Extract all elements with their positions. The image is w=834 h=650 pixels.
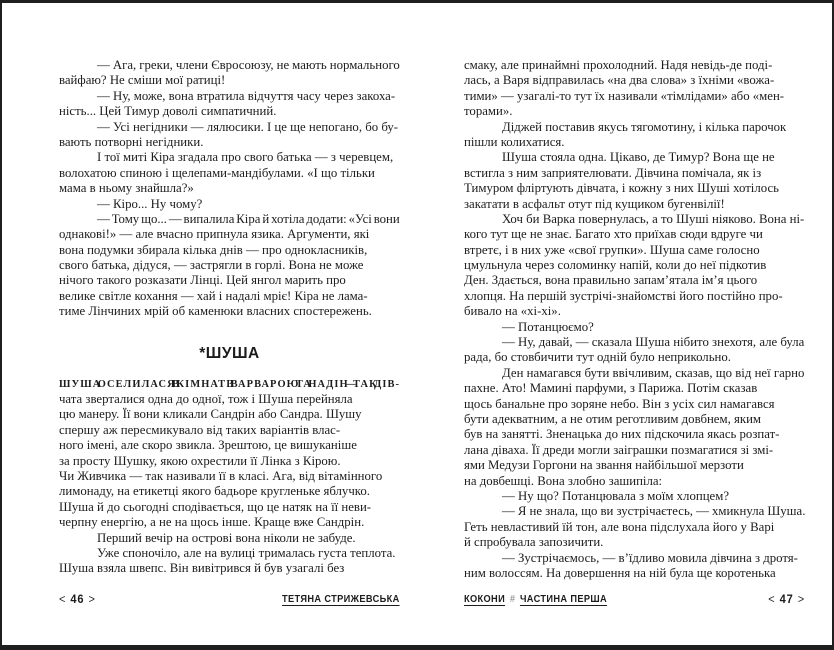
text-line: велике світле кохання — хай і надалі мрі… (59, 289, 400, 304)
text-line: Перший вечір на острові вона ніколи не з… (59, 531, 400, 546)
text-line: тиме Лінчиних мрій об каменюки власних с… (59, 304, 400, 319)
paragraph: — Потанцюємо? (464, 320, 805, 335)
text-line: цю манеру. Її вони кликали Сандрін або С… (59, 407, 400, 422)
text-line: вайфаю? Не сміши мої ратиці! (59, 73, 400, 88)
page-left-footer: < 46 > ТЕТЯНА СТРИЖЕВСЬКА (59, 590, 400, 608)
text-line: на довбешці. Вона злобно зашипіла: (464, 474, 805, 489)
right-page-number: < 47 > (768, 592, 805, 606)
paragraph: — Ага, греки, члени Євросоюзу, не мають … (59, 58, 400, 89)
text-line: бивало на «хі-хі». (464, 304, 805, 319)
text-line: Шуша й до сьогодні сподівається, що це н… (59, 500, 400, 515)
text-line: Чи Живчика — так називали її в класі. Аг… (59, 469, 400, 484)
chapter-heading: *ШУША (59, 345, 400, 362)
book-spread: — Ага, греки, члени Євросоюзу, не мають … (0, 0, 834, 650)
hash-separator: # (508, 593, 517, 605)
text-line: щось банальне про зоряне небо. Він з усі… (464, 397, 805, 412)
text-line: — Я не знала, що ви зустрічаєтесь, — хми… (464, 504, 805, 519)
paragraph: Уже споночіло, але на вулиці трималась г… (59, 546, 400, 577)
text-line: лимонаду, на етикетці якого бадьоре круг… (59, 484, 400, 499)
page-number-open-bracket: < (768, 592, 775, 606)
paragraph: ШУША ОСЕЛИЛАСЯ В КІМНАТІ З ВАРВАРОЮ ТА Н… (59, 377, 400, 531)
left-page-number: < 46 > (59, 592, 96, 606)
page-right-text-column: смаку, але принаймні прохолодний. Надя н… (464, 58, 805, 581)
text-line: спершу аж пересмикувало від таких варіан… (59, 423, 400, 438)
paragraph: — Кіро... Ну чому? (59, 197, 400, 212)
paragraph: Шуша стояла одна. Цікаво, де Тимур? Вона… (464, 150, 805, 212)
author-running-title: ТЕТЯНА СТРИЖЕВСЬКА (282, 593, 400, 605)
book-title: КОКОНИ (464, 593, 505, 605)
text-line: Шуша стояла одна. Цікаво, де Тимур? Вона… (464, 150, 805, 165)
text-line: — Тому що... — випалила Кіра й хотіла до… (59, 212, 400, 227)
paragraph: Ден намагався бути ввічливим, сказав, що… (464, 366, 805, 489)
page-number-close-bracket: > (88, 592, 95, 606)
paragraph: — Ну, давай, — сказала Шуша нібито знехо… (464, 335, 805, 366)
right-page-section-1: смаку, але принаймні прохолодний. Надя н… (464, 58, 805, 581)
paragraph: — Ну, може, вона втратила відчуття часу … (59, 89, 400, 120)
text-line: рада, бо стовбичити тут одній було непри… (464, 350, 805, 365)
paragraph: — Я не знала, що ви зустрічаєтесь, — хми… (464, 504, 805, 550)
text-line: був на занятті. Зненацька до них підскоч… (464, 427, 805, 442)
text-line: встигла з ним заприятелювати. Дівчина по… (464, 166, 805, 181)
paragraph: Перший вечір на острові вона ніколи не з… (59, 531, 400, 546)
text-line: пішли колихатися. (464, 135, 805, 150)
paragraph: смаку, але принаймні прохолодний. Надя н… (464, 58, 805, 120)
text-line: й спробувала запозичити. (464, 535, 805, 550)
text-line: — Ну, може, вона втратила відчуття часу … (59, 89, 400, 104)
text-line: однакові!» — але вчасно припнула язика. … (59, 227, 400, 242)
text-line: Ден намагався бути ввічливим, сказав, що… (464, 366, 805, 381)
text-line: — Ну, давай, — сказала Шуша нібито знехо… (464, 335, 805, 350)
text-line: Тимуром фліртують дівчата, і кожну з них… (464, 181, 805, 196)
left-page-section-2: ШУША ОСЕЛИЛАСЯ В КІМНАТІ З ВАРВАРОЮ ТА Н… (59, 377, 400, 577)
paragraph: — Зустрічаємось, — в’їдливо мовила дівчи… (464, 551, 805, 582)
text-line: Шуша взяла швепс. Він вивітрився й був у… (59, 561, 400, 576)
text-line: чата зверталися одна до одної, тож і Шуш… (59, 392, 400, 407)
text-line: ного імені, але скоро звикла. Зрештою, ц… (59, 438, 400, 453)
text-line: Хоч би Варка повернулась, а то Шуші ніяк… (464, 212, 805, 227)
text-line: закатати в асфальт отут під кущиком буге… (464, 197, 805, 212)
text-line: свого батька, дідуся, — застрягли в горл… (59, 258, 400, 273)
text-line: волохатою спиною і щелепами-мандібулами.… (59, 166, 400, 181)
page-left-text-column: — Ага, греки, члени Євросоюзу, не мають … (59, 58, 400, 577)
text-line: — Потанцюємо? (464, 320, 805, 335)
text-line: нічого такого розказати Лінці. Цей янгол… (59, 273, 400, 288)
text-line: — Ага, греки, члени Євросоюзу, не мають … (59, 58, 400, 73)
page-number-close-bracket: > (798, 592, 805, 606)
text-line: лась, а Варя відправилась «на два слова»… (464, 73, 805, 88)
page-number-value: 46 (70, 592, 84, 606)
text-line: вають потворні негідники. (59, 135, 400, 150)
paragraph: — Тому що... — випалила Кіра й хотіла до… (59, 212, 400, 320)
paragraph: — Ну що? Потанцювала з моїм хлопцем? (464, 489, 805, 504)
text-line: за просту Шушку, якою охрестили її Лінка… (59, 454, 400, 469)
text-line: тими» — узагалі-то тут їх називали «тімл… (464, 89, 805, 104)
text-line: втретє, і в них уже «свої групки». Шуша … (464, 243, 805, 258)
text-line: смаку, але принаймні прохолодний. Надя н… (464, 58, 805, 73)
page-number-open-bracket: < (59, 592, 66, 606)
text-line: цмульнула через соломинку напій, коли до… (464, 258, 805, 273)
text-line: Геть невластивий їй тон, але вона підслу… (464, 520, 805, 535)
text-line: черпну енергію, а не на щось інше. Краще… (59, 515, 400, 530)
text-line: пахне. Ато! Мамині парфуми, з Парижа. По… (464, 381, 805, 396)
book-running-title: КОКОНИ # ЧАСТИНА ПЕРША (464, 593, 607, 605)
text-line: Діджей поставив якусь тягомотину, і кіль… (464, 120, 805, 135)
text-line: — Кіро... Ну чому? (59, 197, 400, 212)
text-line: бути адекватним, а не отим реготливим до… (464, 412, 805, 427)
text-line: кого тут ще не знає. Багато хто приїхав … (464, 227, 805, 242)
text-line: Уже споночіло, але на вулиці трималась г… (59, 546, 400, 561)
paragraph: — Усі негідники — лялюсики. І це ще непо… (59, 120, 400, 151)
text-line: ями Медузи Горгони на звання найбільшої … (464, 458, 805, 473)
text-line: лана діваха. Її дреди могли заіграшки по… (464, 443, 805, 458)
text-line: ність... Цей Тимур доволі симпатичний. (59, 104, 400, 119)
left-page-section-1: — Ага, греки, члени Євросоюзу, не мають … (59, 58, 400, 320)
text-line: І тої миті Кіра згадала про свого батька… (59, 150, 400, 165)
text-line: ШУША ОСЕЛИЛАСЯ В КІМНАТІ З ВАРВАРОЮ ТА Н… (59, 377, 400, 392)
page-number-value: 47 (779, 592, 793, 606)
text-line: вона подумки збирала кілька днів — про о… (59, 243, 400, 258)
text-line: ним волоссям. На довершення на ній була … (464, 566, 805, 581)
text-line: — Зустрічаємось, — в’їдливо мовила дівчи… (464, 551, 805, 566)
part-title: ЧАСТИНА ПЕРША (520, 593, 607, 605)
text-line: торами». (464, 104, 805, 119)
paragraph: Хоч би Варка повернулась, а то Шуші ніяк… (464, 212, 805, 320)
text-line: хлопця. На першій зустрічі-знайомстві йо… (464, 289, 805, 304)
text-line: мама в ньому знайшла?» (59, 181, 400, 196)
paragraph: Діджей поставив якусь тягомотину, і кіль… (464, 120, 805, 151)
paragraph: І тої миті Кіра згадала про свого батька… (59, 150, 400, 196)
text-line: — Усі негідники — лялюсики. І це ще непо… (59, 120, 400, 135)
page-right-footer: КОКОНИ # ЧАСТИНА ПЕРША < 47 > (464, 590, 805, 608)
text-line: Ден. Здається, вона правильно запам’ятал… (464, 273, 805, 288)
text-line: — Ну що? Потанцювала з моїм хлопцем? (464, 489, 805, 504)
